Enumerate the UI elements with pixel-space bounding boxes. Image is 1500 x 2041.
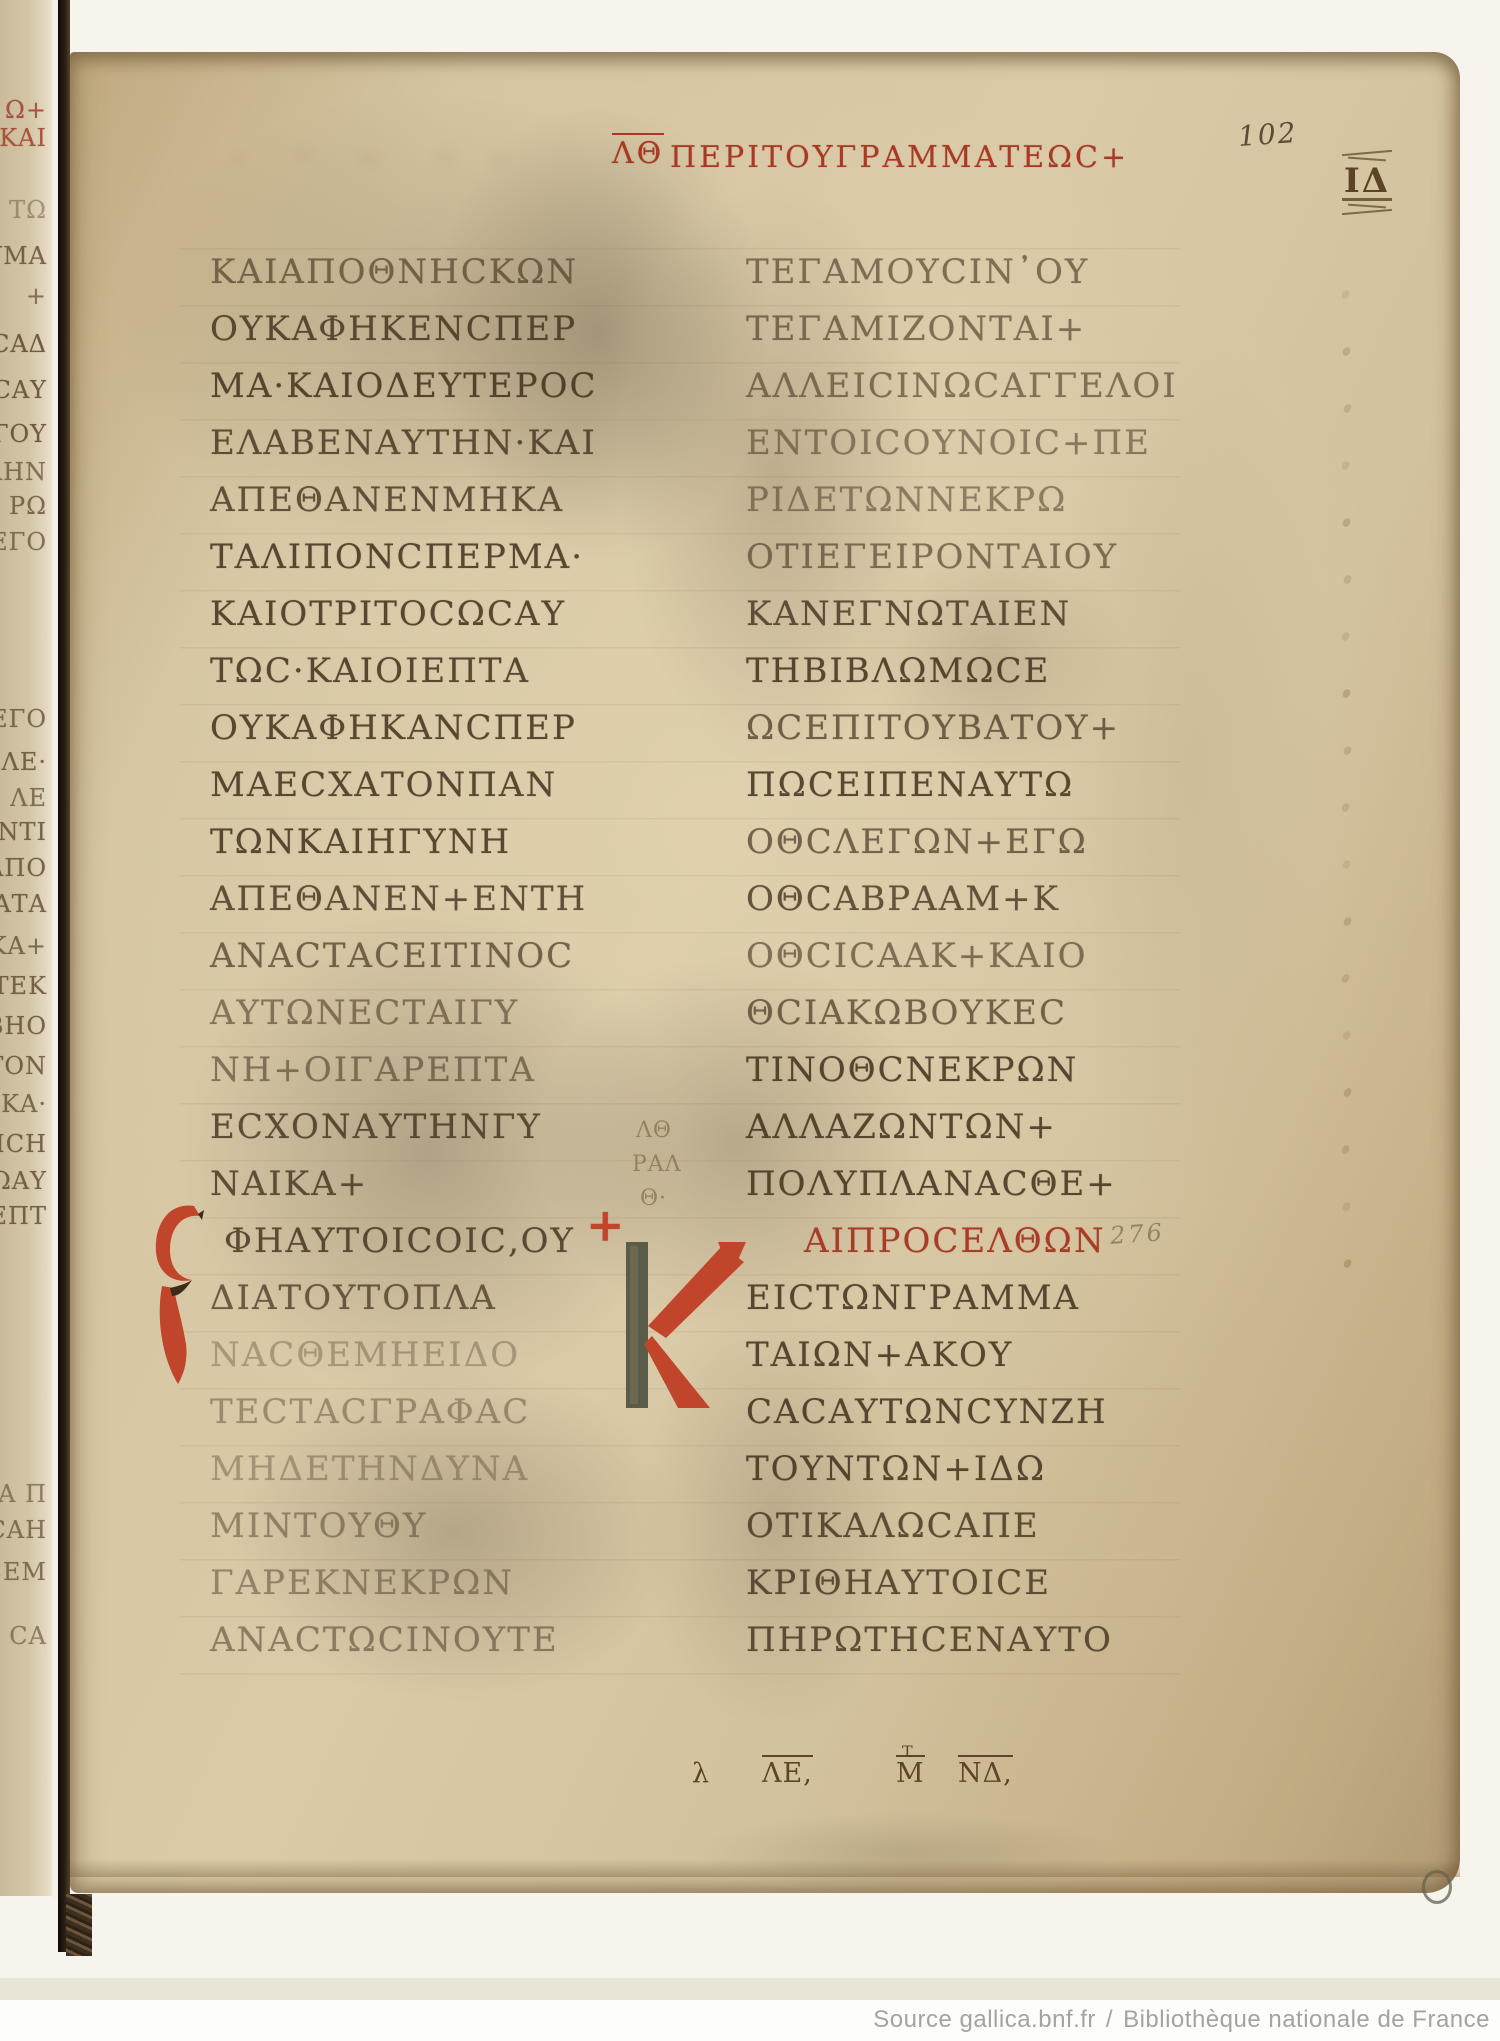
edge-fragment: Α Π <box>0 1480 47 1508</box>
left-column-line: ΑΠΕΘΑΝΕΝ+ΕΝΤΗ <box>210 879 587 919</box>
left-column-line: ΟΥΚΑΦΗΚΑΝϹΠΕΡ <box>210 708 577 748</box>
left-column-line: ΜΑ·ΚΑΙΟΔΕΥΤΕΡΟϹ <box>210 366 598 406</box>
stain <box>690 1812 1120 1892</box>
edge-fragment: ΕΓΟΥ <box>0 420 47 448</box>
left-column-line: ΜΑΕϹΧΑΤΟΝΠΑΝ <box>210 765 557 805</box>
right-column-line: ΟΤΙΚΑΛΩϹΑΠΕ <box>746 1506 1040 1546</box>
right-column-line: ΘϹΙΑΚΩΒΟΥΚΕϹ <box>746 993 1067 1033</box>
attribution-source: Source gallica.bnf.fr <box>873 2006 1096 2033</box>
margin-tick <box>1343 916 1353 927</box>
erased-rubric-traces <box>188 122 518 182</box>
page-bottom-shadow <box>70 1859 1460 1877</box>
edge-fragment: ϹΕΜ <box>0 1558 47 1586</box>
right-column-line: ΠΗΡΩΤΗϹΕΝΑΥΤΟ <box>746 1620 1113 1660</box>
edge-fragment: ΛΕ <box>10 784 47 812</box>
left-column-line: ΚΑΙΑΠΟΘΝΗϹΚΩΝ <box>210 252 578 292</box>
lection-item-text: ΝΔ, <box>958 1755 1013 1789</box>
edge-fragment: ΑΝΤΙ <box>0 818 47 846</box>
right-column-line: ΕΙϹΤΩΝΓΡΑΜΜΑ <box>746 1278 1080 1318</box>
margin-tick <box>1343 403 1353 414</box>
right-column-line: ΩϹΕΠΙΤΟΥΒΑΤΟΥ+ <box>746 708 1120 748</box>
chapter-title-rubric: ΠΕΡΙΤΟΥΓΡΑΜΜΑΤΕΩϹ+ <box>670 140 1129 175</box>
right-column-line: ΤΑΙΩΝ+ΑΚΟΥ <box>746 1335 1013 1375</box>
left-column-line: ΚΑΙΟΤΡΙΤΟϹΩϹΑΥ <box>210 594 566 634</box>
edge-fragment: ϹΑΠΟ <box>0 854 47 882</box>
right-column-line: ΚΡΙΘΗΑΥΤΟΙϹΕ <box>746 1563 1051 1603</box>
left-column-line: ΝΗ+ΟΙΓΑΡΕΠΤΑ <box>210 1050 536 1090</box>
edge-fragment: ΤΗϹΗ <box>0 1130 47 1158</box>
attribution-separator: / <box>1096 2006 1123 2033</box>
margin-tick <box>1343 1258 1353 1269</box>
margin-tick <box>1343 745 1353 756</box>
margin-tick <box>1342 1030 1352 1041</box>
right-column-line: ΤΕΓΑΜΟΥϹΙΝ᾽ΟΥ <box>746 252 1089 292</box>
right-column-line: ΤΙΝΟΘϹΝΕΚΡΩΝ <box>746 1050 1078 1090</box>
decorated-initial-epsilon <box>148 1200 218 1394</box>
margin-tick <box>1342 1201 1352 1212</box>
edge-fragment: ΡΩ <box>9 492 47 520</box>
binding-tail <box>66 1894 92 1956</box>
right-column-line: ΑΛΛΑΖΩΝΤΩΝ+ <box>746 1107 1057 1147</box>
left-column-line: ΔΙΑΤΟΥΤΟΠΛΑ <box>210 1278 497 1318</box>
edge-fragment: ΚΑ· <box>1 1090 47 1118</box>
lection-item-superscript: Τ <box>902 1742 914 1761</box>
lection-item: ΛΕ, <box>762 1758 813 1789</box>
left-column-line: ΤΑΛΙΠΟΝϹΠΕΡΜΑ· <box>210 537 584 577</box>
quire-flourish <box>1342 150 1392 156</box>
margin-tick <box>1342 859 1352 870</box>
edge-fragment: ΚΑΤΑ <box>0 890 47 918</box>
edge-fragment: ϹΑΔ <box>0 330 47 358</box>
left-column-line: ΤΩϹ·ΚΑΙΟΙΕΠΤΑ <box>210 651 530 691</box>
right-column-line: ΑΙΠΡΟϹΕΛΘΩΝ <box>804 1221 1106 1261</box>
edge-fragment: ϹΑΥ <box>0 376 47 404</box>
left-column-line: ΑΥΤΩΝΕϹΤΑΙΓΥ <box>210 993 519 1033</box>
footer-divider-strip <box>0 1978 1500 2000</box>
left-column-line: ΟΥΚΑΦΗΚΕΝϹΠΕΡ <box>210 309 577 349</box>
right-column-line: ΕΝΤΟΙϹΟΥΝΟΙϹ+ΠΕ <box>746 423 1151 463</box>
margin-tick <box>1341 631 1351 642</box>
left-column-line: ΑΠΕΘΑΝΕΝΜΗΚΑ <box>210 480 564 520</box>
chapter-number: ΛΘ <box>612 136 664 171</box>
left-column-line: ΓΑΡΕΚΝΕΚΡΩΝ <box>210 1563 514 1603</box>
left-column-line: ΝΑΙΚΑ+ <box>210 1164 368 1204</box>
right-column-line: ΤΟΥΝΤΩΝ+ΙΔΩ <box>746 1449 1046 1489</box>
edge-fragment: ΤΩ <box>9 196 47 224</box>
right-column-line: ΟΘϹΑΒΡΑΑΜ+Κ <box>746 879 1060 919</box>
left-column-line: ΑΝΑϹΤΑϹΕΙΤΙΝΟϹ <box>210 936 574 976</box>
right-column-line: ΠΩϹΕΙΠΕΝΑΥΤΩ <box>746 765 1074 805</box>
lection-item-text: λ <box>692 1758 710 1789</box>
right-column-line: ΟΘϹΙϹΑΑΚ+ΚΑΙΟ <box>746 936 1087 976</box>
right-column-line: ΑΛΛΕΙϹΙΝΩϹΑΓΓΕΛΟΙ <box>746 366 1178 406</box>
left-column-line: ΕϹΧΟΝΑΥΤΗΝΓΥ <box>210 1107 542 1147</box>
margin-tick <box>1342 517 1352 528</box>
edge-fragment: ΥΜΑ <box>0 242 47 270</box>
edge-fragment: ϹΑΗ <box>0 1516 47 1544</box>
folio-number: 102 <box>1237 116 1299 153</box>
chapter-number-text: ΛΘ <box>612 133 664 171</box>
lection-item-text: ΛΕ, <box>762 1755 813 1789</box>
edge-fragment: + <box>26 282 47 310</box>
marginal-gloss: ΡΑΛ <box>632 1152 682 1177</box>
facing-page-edge: Ω+ΚΑΙΤΩΥΜΑ+ϹΑΔϹΑΥΕΓΟΥΛΗΝΡΩΕΓΟΕΓΟΛΕ·ΛΕΑΝΤ… <box>0 0 52 1896</box>
edge-fragment: ΛΗΝ <box>0 458 47 486</box>
quire-flourish <box>1342 209 1392 215</box>
attribution-institution: Bibliothèque nationale de France <box>1123 2006 1490 2033</box>
right-column-line: ΟΘϹΛΕΓΩΝ+ΕΓΩ <box>746 822 1088 862</box>
margin-tick <box>1341 802 1351 813</box>
lection-item: ΜΤ <box>896 1758 925 1789</box>
left-column-line: ΤΕϹΤΑϹΓΡΑΦΑϹ <box>210 1392 530 1432</box>
edge-fragment: ΩΑΥ <box>0 1167 47 1195</box>
margin-tick <box>1342 346 1352 357</box>
quire-mark-text: ΙΔ <box>1342 164 1392 201</box>
left-column-line: ΕΛΑΒΕΝΑΥΤΗΝ·ΚΑΙ <box>210 423 597 463</box>
margin-tick <box>1343 1087 1353 1098</box>
left-column-line: ΦΗΑΥΤΟΙϹΟΙϹ‚ΟΥ <box>224 1221 575 1261</box>
left-column-line: ΤΩΝΚΑΙΗΓΥΝΗ <box>210 822 511 862</box>
margin-tick <box>1341 973 1351 984</box>
edge-fragment: Α ΕΠΤ <box>0 1202 47 1230</box>
right-column-line: ΚΑΝΕΓΝΩΤΑΙΕΝ <box>746 594 1071 634</box>
margin-tick <box>1343 574 1353 585</box>
right-column-line: ΟΤΙΕΓΕΙΡΟΝΤΑΙΟΥ <box>746 537 1118 577</box>
attribution-bar: Source gallica.bnf.fr/Bibliothèque natio… <box>0 2000 1500 2041</box>
edge-fragment: ΒΗΟ <box>0 1012 47 1040</box>
attribution-text: Source gallica.bnf.fr/Bibliothèque natio… <box>873 2006 1490 2034</box>
edge-fragment: ΚΑ+ <box>0 932 47 960</box>
right-column-line: ΡΙΔΕΤΩΝΝΕΚΡΩ <box>746 480 1067 520</box>
pencil-number: 276 <box>1109 1218 1166 1250</box>
lection-item: ΝΔ, <box>958 1758 1013 1789</box>
lection-item: λ <box>692 1758 710 1789</box>
left-column-line: ΑΝΑϹΤΩϹΙΝΟΥΤΕ <box>210 1620 559 1660</box>
right-column-line: ΠΟΛΥΠΛΑΝΑϹΘΕ+ <box>746 1164 1117 1204</box>
edge-fragment: ϹΑ <box>9 1622 47 1650</box>
decorated-initial-kappa <box>618 1240 748 1414</box>
margin-tick <box>1341 460 1351 471</box>
margin-tick <box>1341 289 1351 300</box>
left-column-line: ΝΑϹΘΕΜΗΕΙΔΟ <box>210 1335 520 1375</box>
right-column-line: ϹΑϹΑΥΤΩΝϹΥΝΖΗ <box>746 1392 1108 1432</box>
binding-gutter <box>58 0 70 1952</box>
right-column-line: ΤΗΒΙΒΛΩΜΩϹΕ <box>746 651 1050 691</box>
marginal-gloss: Θ· <box>640 1186 667 1211</box>
edge-fragment: ΛΕ· <box>2 748 47 776</box>
quire-mark: ΙΔ <box>1328 148 1406 217</box>
margin-tick <box>1341 1144 1351 1155</box>
edge-fragment: ΕΓΟ <box>0 705 47 733</box>
red-cross-mark: + <box>586 1198 625 1252</box>
digitized-manuscript-scan: Ω+ΚΑΙΤΩΥΜΑ+ϹΑΔϹΑΥΕΓΟΥΛΗΝΡΩΕΓΟΕΓΟΛΕ·ΛΕΑΝΤ… <box>0 0 1500 2041</box>
manuscript-page: ΛΘ ΠΕΡΙΤΟΥΓΡΑΜΜΑΤΕΩϹ+ 102 ΙΔ ΚΑΙΑΠΟΘΝΗϹΚ… <box>70 52 1460 1893</box>
edge-fragment: ΗΤΕΚ <box>0 972 47 1000</box>
left-column-line: ΜΗΔΕΤΗΝΔΥΝΑ <box>210 1449 529 1489</box>
margin-tick <box>1342 688 1352 699</box>
marginal-gloss: ΛΘ <box>636 1118 672 1143</box>
left-column-line: ΜΙΝΤΟΥΘΥ <box>210 1506 427 1546</box>
edge-fragment: ΤΟΝ <box>0 1052 47 1080</box>
edge-fragment: ΕΓΟ <box>0 528 47 556</box>
quire-flourish <box>1348 204 1386 209</box>
edge-fragment: Ω+ <box>5 96 47 124</box>
right-column-line: ΤΕΓΑΜΙΖΟΝΤΑΙ+ <box>746 309 1086 349</box>
edge-fragment: ΚΑΙ <box>0 124 47 152</box>
